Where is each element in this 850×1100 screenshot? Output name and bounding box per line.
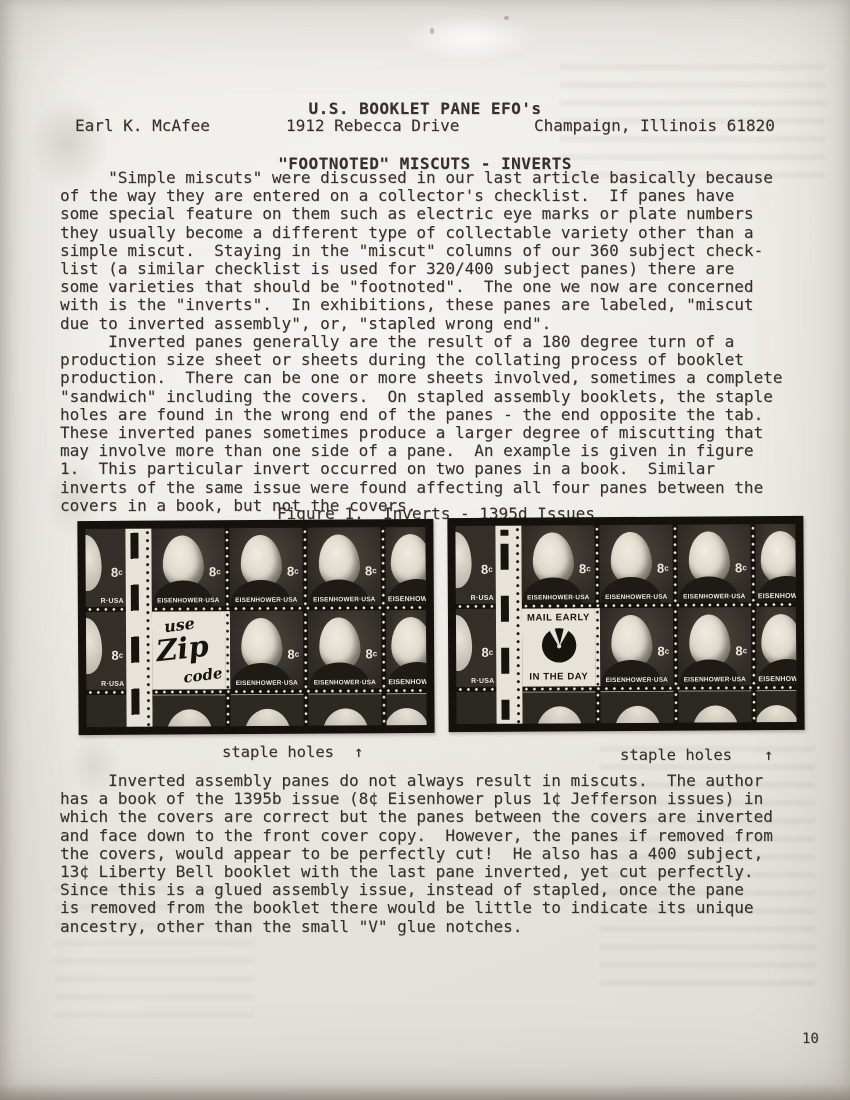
stamp-name-fragment: EISENHOW bbox=[386, 596, 426, 603]
partial-stamp: 8c R·USA bbox=[86, 612, 126, 690]
staple-holes bbox=[500, 530, 509, 720]
denomination: 8c bbox=[735, 560, 747, 575]
pane-inner: 8c R·USA 8c R·USA 8cEISENHOWER·USA bbox=[455, 524, 796, 724]
stamp-name-fragment: R·USA bbox=[101, 598, 124, 605]
staple-label-text: staple holes bbox=[620, 746, 732, 764]
stamp-grid: 8cEISENHOWER·USA 8cEISENHOWER·USA 8cEISE… bbox=[521, 524, 796, 724]
stamp-grid: 8cEISENHOWER·USA 8cEISENHOWER·USA 8cEISE… bbox=[151, 527, 426, 727]
stamp-name: EISENHOWER·USA bbox=[311, 680, 378, 687]
eisenhower-stamp: 8cEISENHOWER·USA bbox=[678, 607, 751, 685]
denomination: 8c bbox=[579, 561, 591, 576]
stamp-name: EISENHOWER·USA bbox=[525, 594, 592, 601]
denom-unit: c bbox=[489, 648, 494, 657]
denom-number: 8 bbox=[481, 562, 488, 577]
partial-stamp-stub bbox=[308, 693, 381, 725]
partial-stamp-stub bbox=[756, 690, 796, 722]
denom-number: 8 bbox=[209, 564, 216, 579]
stamp-name-fragment: R·USA bbox=[101, 681, 124, 688]
stamp-row: MAIL EARLY IN THE DAY 8cEISENHOWER·USA 8… bbox=[522, 607, 796, 687]
mail-early-text: MAIL EARLY bbox=[522, 612, 595, 623]
denomination: 8c bbox=[365, 563, 377, 578]
denom-unit: c bbox=[372, 566, 377, 575]
paragraph-2: Inverted panes generally are the result … bbox=[60, 333, 782, 515]
zip-code-label-stamp: use Zip code bbox=[152, 611, 225, 689]
stamp-row: 8cEISENHOWER·USA 8cEISENHOWER·USA 8cEISE… bbox=[151, 527, 425, 607]
eisenhower-stamp: 8cEISENHOWER·USA bbox=[308, 610, 381, 688]
denomination: 8c bbox=[111, 648, 123, 663]
stamp-name-fragment: R·USA bbox=[471, 678, 494, 685]
up-arrow-icon: ↑ bbox=[764, 746, 773, 764]
partial-stamp-stub bbox=[152, 694, 225, 726]
staple-holes bbox=[130, 533, 139, 723]
page-number: 10 bbox=[802, 1030, 819, 1048]
denom-number: 8 bbox=[657, 561, 664, 576]
portrait-fragment bbox=[455, 532, 471, 588]
stamp-row: use Zip code 8cEISENHOWER·USA 8cEISENHOW… bbox=[152, 610, 426, 690]
eisenhower-stamp: 8cEISENHOWER·USA bbox=[151, 528, 224, 606]
paper-speck bbox=[430, 28, 434, 34]
eisenhower-stamp: 8cEISENHOWER·USA bbox=[307, 527, 380, 605]
stamp-name: EISENHOWER·USA bbox=[233, 680, 300, 687]
denomination: 8c bbox=[481, 562, 493, 577]
partial-stamp-stub bbox=[456, 692, 496, 724]
portrait-top bbox=[614, 706, 660, 723]
paragraph-3: Inverted assembly panes do not always re… bbox=[60, 772, 773, 936]
denomination: 8c bbox=[657, 644, 669, 659]
portrait-top bbox=[756, 705, 796, 722]
stamp-name-fragment: EISENHOW bbox=[756, 676, 796, 683]
portrait-top bbox=[692, 705, 738, 722]
staple-holes-label-left: staple holes↑ bbox=[222, 743, 363, 761]
zip-label-code: code bbox=[182, 664, 223, 687]
denom-number: 8 bbox=[735, 560, 742, 575]
denomination: 8c bbox=[111, 565, 123, 580]
author-name: Earl K. McAfee bbox=[75, 117, 210, 135]
denom-unit: c bbox=[118, 568, 123, 577]
portrait-top bbox=[386, 708, 426, 725]
denom-unit: c bbox=[743, 646, 748, 655]
portrait-top bbox=[166, 709, 212, 726]
portrait-fragment bbox=[86, 618, 102, 674]
up-arrow-icon: ↑ bbox=[354, 743, 363, 761]
paper-speck bbox=[504, 16, 509, 20]
author-city: Champaign, Illinois 61820 bbox=[534, 117, 775, 135]
partial-stamp-stub bbox=[386, 693, 426, 725]
denom-number: 8 bbox=[481, 645, 488, 660]
denomination: 8c bbox=[657, 561, 669, 576]
denom-number: 8 bbox=[287, 647, 294, 662]
eisenhower-stamp: 8cEISENHOWER·USA bbox=[599, 525, 672, 603]
page-bottom-shadow bbox=[0, 1084, 850, 1100]
pane-inner: 8c R·USA 8c R·USA 8cEISENHOWER·USA bbox=[85, 527, 426, 727]
stamp-name: EISENHOWER·USA bbox=[603, 677, 670, 684]
denomination: 8c bbox=[209, 564, 221, 579]
stamp-name: EISENHOWER·USA bbox=[681, 677, 748, 684]
portrait-top bbox=[244, 709, 290, 726]
denom-unit: c bbox=[586, 564, 591, 573]
stamp-row: 8cEISENHOWER·USA 8cEISENHOWER·USA 8cEISE… bbox=[521, 524, 795, 604]
denom-unit: c bbox=[742, 563, 747, 572]
partial-stamp: 8c R·USA bbox=[456, 609, 496, 687]
denom-number: 8 bbox=[287, 564, 294, 579]
stamp-name-fragment: EISENHOW bbox=[756, 593, 796, 600]
partial-stamp-stub bbox=[522, 691, 595, 723]
eisenhower-stamp: 8cEISENHOWER·USA bbox=[230, 611, 303, 689]
denom-unit: c bbox=[294, 567, 299, 576]
eisenhower-stamp: 8cEISENHOWER·USA bbox=[521, 525, 594, 603]
denom-number: 8 bbox=[111, 648, 118, 663]
author-address: 1912 Rebecca Drive bbox=[286, 117, 459, 135]
stamp-name: EISENHOWER·USA bbox=[311, 597, 378, 604]
cut-stamp-row bbox=[522, 690, 796, 724]
eisenhower-stamp: 8cEISENHOWER·USA bbox=[677, 524, 750, 602]
clock-icon bbox=[537, 623, 579, 665]
stamp-name: EISENHOWER·USA bbox=[603, 594, 670, 601]
eisenhower-stamp: 8cEISENHOWER·USA bbox=[229, 528, 302, 606]
denom-unit: c bbox=[488, 565, 493, 574]
partial-stamp-stub bbox=[600, 691, 673, 723]
portrait-fragment bbox=[85, 535, 101, 591]
denom-number: 8 bbox=[365, 563, 372, 578]
portrait-top bbox=[536, 706, 582, 723]
staple-holes-label-right: staple holes↑ bbox=[620, 746, 773, 764]
stamp-name-fragment: R·USA bbox=[471, 595, 494, 602]
staple-label-text: staple holes bbox=[222, 743, 334, 761]
denom-number: 8 bbox=[111, 565, 118, 580]
stamp-name: EISENHOWER·USA bbox=[681, 594, 748, 601]
denom-unit: c bbox=[295, 650, 300, 659]
portrait-top bbox=[322, 708, 368, 725]
denomination: 8c bbox=[735, 643, 747, 658]
denom-number: 8 bbox=[365, 646, 372, 661]
perforation bbox=[144, 529, 151, 727]
denom-unit: c bbox=[216, 567, 221, 576]
scanned-document-page: U.S. BOOKLET PANE EFO's "FOOTNOTED" MISC… bbox=[0, 0, 850, 1100]
denom-number: 8 bbox=[579, 561, 586, 576]
cut-stamp-row bbox=[152, 693, 426, 727]
perforation bbox=[514, 526, 521, 724]
partial-stamp: 8c R·USA bbox=[455, 526, 495, 604]
paragraph-1: "Simple miscuts" were discussed in our l… bbox=[60, 169, 773, 333]
eisenhower-stamp-partial: EISENHOW bbox=[755, 524, 795, 602]
portrait-fragment bbox=[456, 615, 472, 671]
denomination: 8c bbox=[481, 645, 493, 660]
denom-unit: c bbox=[119, 651, 124, 660]
eisenhower-stamp-partial: EISENHOW bbox=[756, 607, 796, 685]
zip-label-zip: Zip bbox=[154, 629, 210, 669]
eisenhower-stamp-partial: EISENHOW bbox=[386, 610, 426, 688]
partial-stamp: 8c R·USA bbox=[85, 529, 125, 607]
booklet-pane-mail-early: 8c R·USA 8c R·USA 8cEISENHOWER·USA bbox=[447, 516, 804, 732]
stamp-name-fragment: EISENHOW bbox=[386, 679, 426, 686]
stamp-name: EISENHOWER·USA bbox=[155, 597, 222, 604]
in-the-day-text: IN THE DAY bbox=[522, 671, 595, 682]
mail-early-label-stamp: MAIL EARLY IN THE DAY bbox=[522, 608, 595, 686]
partial-stamp-stub bbox=[86, 695, 126, 727]
denomination: 8c bbox=[287, 647, 299, 662]
cut-left-stamp-column: 8c R·USA 8c R·USA bbox=[455, 526, 496, 724]
denom-unit: c bbox=[664, 564, 669, 573]
denom-number: 8 bbox=[735, 643, 742, 658]
binding-tab bbox=[495, 526, 522, 724]
denomination: 8c bbox=[365, 646, 377, 661]
eisenhower-stamp-partial: EISENHOW bbox=[385, 527, 425, 605]
paper-highlight bbox=[380, 8, 560, 68]
denom-unit: c bbox=[373, 649, 378, 658]
partial-stamp-stub bbox=[678, 690, 751, 722]
partial-stamp-stub bbox=[230, 694, 303, 726]
denom-unit: c bbox=[665, 647, 670, 656]
denomination: 8c bbox=[287, 564, 299, 579]
denom-number: 8 bbox=[657, 644, 664, 659]
booklet-pane-zip: 8c R·USA 8c R·USA 8cEISENHOWER·USA bbox=[77, 519, 434, 735]
binding-tab bbox=[125, 529, 152, 727]
cut-left-stamp-column: 8c R·USA 8c R·USA bbox=[85, 529, 126, 727]
eisenhower-stamp: 8cEISENHOWER·USA bbox=[600, 608, 673, 686]
stamp-name: EISENHOWER·USA bbox=[233, 597, 300, 604]
